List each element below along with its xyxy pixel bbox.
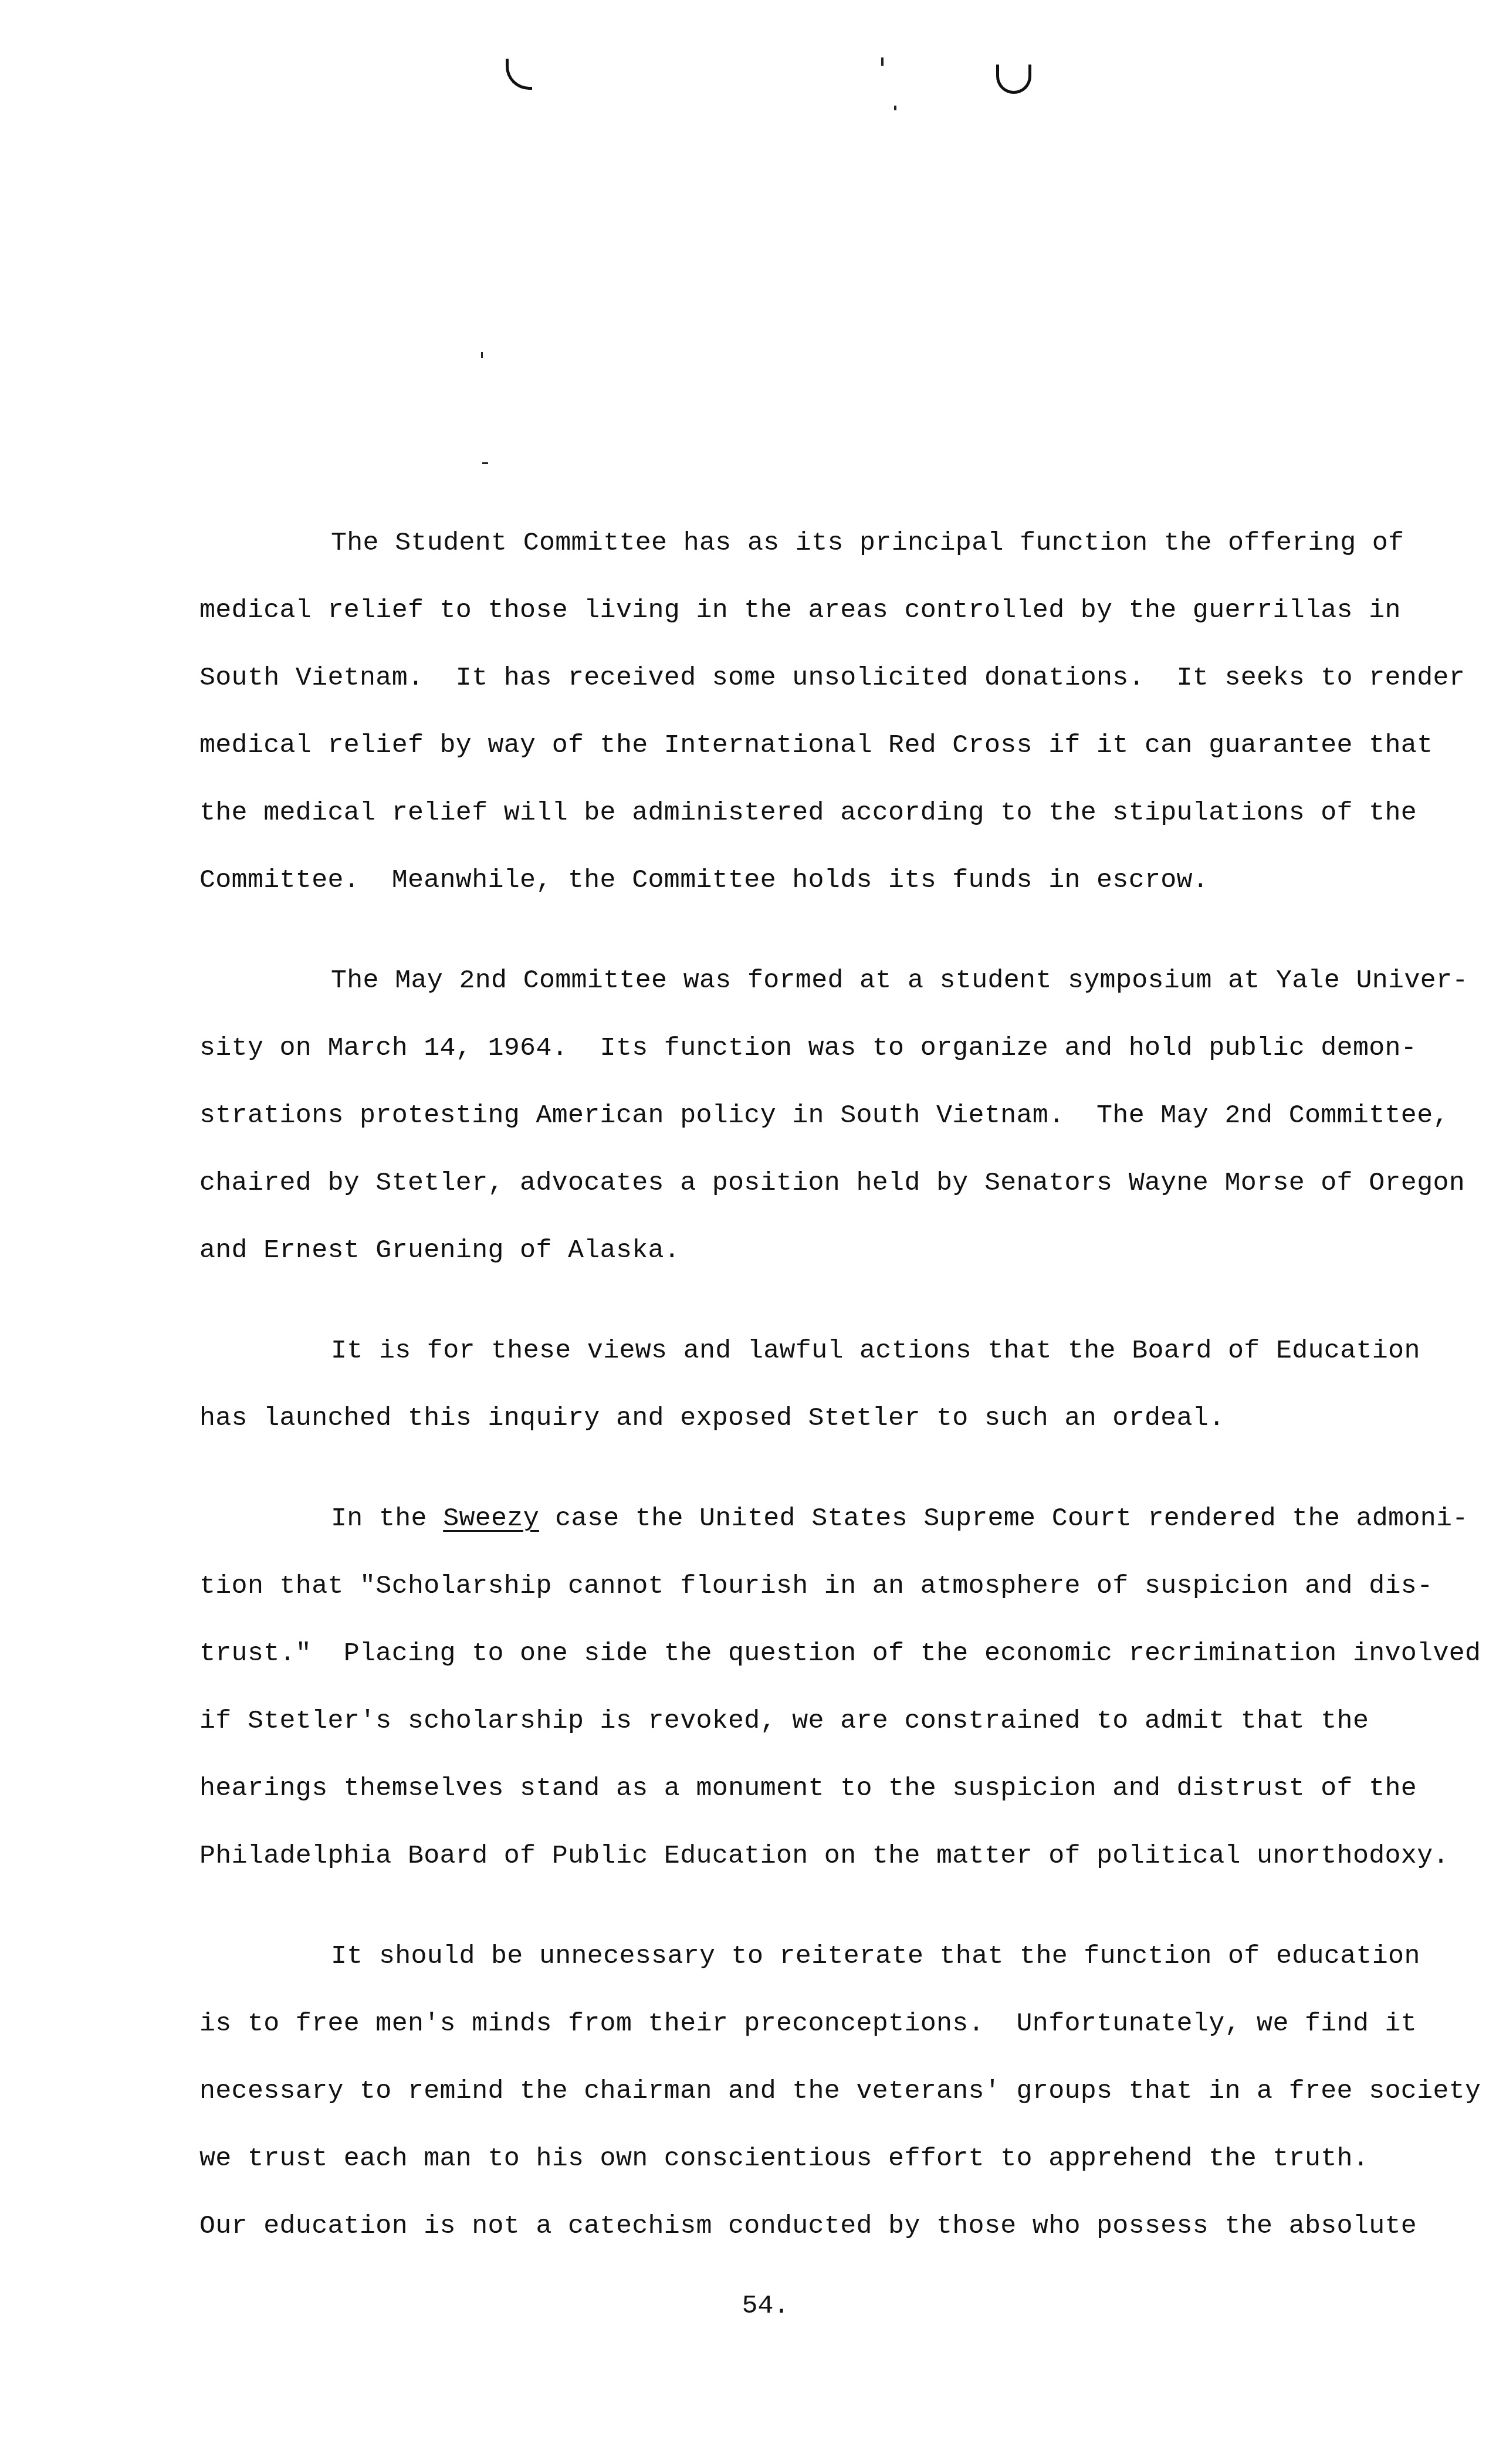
paragraph-sweezy-case: In the Sweezy case the United States Sup… [199, 1485, 1396, 1890]
text-line: The May 2nd Committee was formed at a st… [199, 947, 1396, 1014]
binding-hole-mark-left [506, 59, 532, 90]
text-line: It is for these views and lawful actions… [199, 1317, 1396, 1385]
text-line: South Vietnam. It has received some unso… [199, 644, 1396, 712]
binding-hole-mark-right [996, 65, 1031, 94]
page-number: 54. [0, 2291, 1496, 2321]
text-line: chaired by Stetler, advocates a position… [199, 1149, 1396, 1217]
text-line: trust." Placing to one side the question… [199, 1620, 1396, 1687]
text-line: tion that "Scholarship cannot flourish i… [199, 1552, 1396, 1620]
paragraph-function-of-education: It should be unnecessary to reiterate th… [199, 1923, 1396, 2260]
text-line: medical relief to those living in the ar… [199, 577, 1396, 644]
body-text: The Student Committee has as its princip… [199, 509, 1396, 2293]
text-line: Committee. Meanwhile, the Committee hold… [199, 847, 1396, 914]
text-line: Our education is not a catechism conduct… [199, 2192, 1396, 2260]
document-page: The Student Committee has as its princip… [0, 0, 1496, 2464]
text-line: is to free men's minds from their precon… [199, 1990, 1396, 2057]
scan-speck [881, 57, 884, 66]
text-line: medical relief by way of the Internation… [199, 712, 1396, 779]
text-line: and Ernest Gruening of Alaska. [199, 1217, 1396, 1284]
scan-speck [481, 352, 483, 358]
text-fragment: In the [331, 1504, 443, 1534]
paragraph-student-committee: The Student Committee has as its princip… [199, 509, 1396, 914]
text-line: The Student Committee has as its princip… [199, 509, 1396, 577]
text-line: if Stetler's scholarship is revoked, we … [199, 1687, 1396, 1755]
text-line: It should be unnecessary to reiterate th… [199, 1923, 1396, 1990]
case-name-underlined: Sweezy [443, 1504, 539, 1534]
text-line: hearings themselves stand as a monument … [199, 1755, 1396, 1822]
paragraph-board-inquiry: It is for these views and lawful actions… [199, 1317, 1396, 1452]
scan-speck [482, 462, 488, 464]
text-line: sity on March 14, 1964. Its function was… [199, 1014, 1396, 1082]
text-line: we trust each man to his own conscientio… [199, 2125, 1396, 2192]
paragraph-may-2nd-committee: The May 2nd Committee was formed at a st… [199, 947, 1396, 1284]
scan-speck [894, 106, 896, 110]
text-line: has launched this inquiry and exposed St… [199, 1385, 1396, 1452]
text-line: Philadelphia Board of Public Education o… [199, 1822, 1396, 1890]
text-line: In the Sweezy case the United States Sup… [199, 1485, 1396, 1552]
text-line: the medical relief will be administered … [199, 779, 1396, 847]
text-fragment: case the United States Supreme Court ren… [539, 1504, 1468, 1534]
text-line: strations protesting American policy in … [199, 1082, 1396, 1149]
text-line: necessary to remind the chairman and the… [199, 2057, 1396, 2125]
